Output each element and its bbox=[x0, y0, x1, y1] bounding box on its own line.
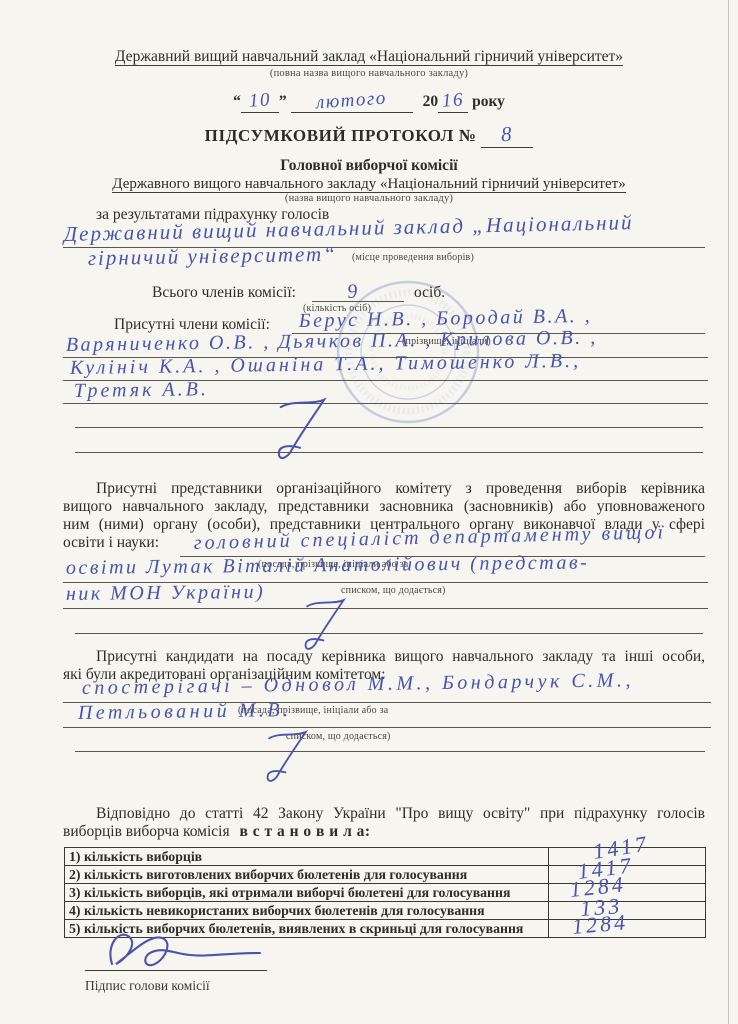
signature-caption: Підпис голови комісії bbox=[85, 977, 210, 994]
blank-rule-1 bbox=[75, 427, 703, 428]
date-month-field: лютого bbox=[291, 90, 413, 113]
table-row-label: 1) кількість виборців bbox=[65, 848, 549, 866]
total-members-label: Всього членів комісії: bbox=[152, 284, 296, 301]
blank-rule-2 bbox=[75, 452, 703, 453]
table-row-label: 3) кількість виборців, які отримали вибо… bbox=[65, 884, 549, 902]
representatives-caption-2: списком, що додається) bbox=[341, 585, 446, 596]
candidates-rule-2 bbox=[63, 727, 711, 728]
law-verdict: в с т а н о в и л а: bbox=[239, 823, 370, 840]
protocol-number-field: 8 bbox=[481, 122, 533, 148]
date-year-word: року bbox=[472, 93, 505, 110]
date-year-value: 16 bbox=[441, 89, 464, 112]
protocol-title: ПІДСУМКОВИЙ ПРОТОКОЛ № bbox=[205, 126, 477, 145]
table-row-label: 4) кількість невикористаних виборчих бюл… bbox=[65, 902, 549, 920]
representatives-handwritten-2: освіти Лутак Віталій Анатолійович (предс… bbox=[66, 553, 590, 578]
date-century: 20 bbox=[423, 93, 439, 110]
table-row-value-cell: 1284 bbox=[549, 884, 706, 902]
table-row-label: 2) кількість виготовлених виборчих бюлет… bbox=[65, 866, 549, 884]
protocol-title-line: ПІДСУМКОВИЙ ПРОТОКОЛ № 8 bbox=[0, 122, 738, 148]
candidates-paragraph-line1: Присутні кандидати на посаду керівника в… bbox=[63, 648, 705, 665]
commission-institution-caption: (назва вищого навчального закладу) bbox=[0, 193, 738, 204]
law-paragraph-line2-text: виборців виборча комісія bbox=[63, 823, 230, 840]
representatives-paragraph-line1: Присутні представники організаційного ко… bbox=[63, 480, 705, 497]
table-row-value-cell: 1284 bbox=[549, 920, 706, 938]
blank-rule-3 bbox=[75, 633, 703, 634]
place-handwritten-line2: гірничий університет“ bbox=[88, 244, 337, 268]
doc-institution-text: Державний вищий навчальний заклад «Націо… bbox=[115, 48, 623, 66]
members-rule-4 bbox=[63, 403, 708, 404]
place-caption: (місце проведення виборів) bbox=[352, 252, 474, 263]
representatives-rule-3 bbox=[63, 608, 708, 609]
date-close-quote: ” bbox=[279, 93, 287, 110]
date-open-quote: “ bbox=[233, 93, 241, 110]
representatives-paragraph-line2: вищого навчального закладу, представники… bbox=[63, 498, 705, 515]
scan-edge-artifact bbox=[728, 0, 729, 1024]
blank-rule-4 bbox=[75, 751, 705, 752]
table-row-value: 1284 bbox=[571, 912, 629, 937]
representatives-handwritten-3: ник МОН України) bbox=[66, 582, 265, 604]
doc-institution-line: Державний вищий навчальний заклад «Націо… bbox=[0, 48, 738, 65]
total-members-unit: осіб. bbox=[414, 284, 445, 301]
total-members-value: 9 bbox=[347, 281, 360, 302]
present-members-label: Присутні члени комісії: bbox=[114, 316, 270, 333]
date-year-field: 16 bbox=[438, 90, 468, 113]
members-names-line4: Третяк А.В. bbox=[74, 379, 209, 401]
chair-signature bbox=[98, 926, 273, 972]
commission-institution-line: Державного вищого навчального закладу «Н… bbox=[0, 176, 738, 193]
members-names-line3: Кулініч К.А. , Ошаніна Т.А., Тимошенко Л… bbox=[70, 351, 581, 378]
candidates-handwritten-2: Петльований М.В. bbox=[78, 700, 292, 723]
signature-rule bbox=[85, 970, 267, 971]
protocol-number: 8 bbox=[500, 122, 514, 148]
date-month-value: лютого bbox=[315, 88, 387, 115]
doc-institution-caption: (повна назва вищого навчального закладу) bbox=[0, 68, 738, 79]
results-table: 1) кількість виборців 1417 2) кількість … bbox=[64, 847, 706, 938]
date-line: “10” лютого 2016 року bbox=[0, 90, 738, 113]
date-day-value: 10 bbox=[248, 89, 271, 112]
strikethrough-z-mark bbox=[258, 729, 316, 791]
commission-title: Головної виборчої комісії bbox=[0, 157, 738, 174]
date-day-field: 10 bbox=[241, 90, 279, 113]
strikethrough-z-mark bbox=[266, 396, 338, 470]
scanned-protocol-page: Державний вищий навчальний заклад «Націо… bbox=[0, 0, 738, 1024]
law-paragraph-line1: Відповідно до статті 42 Закону України "… bbox=[63, 805, 705, 822]
commission-institution-text: Державного вищого навчального закладу «Н… bbox=[112, 176, 625, 193]
